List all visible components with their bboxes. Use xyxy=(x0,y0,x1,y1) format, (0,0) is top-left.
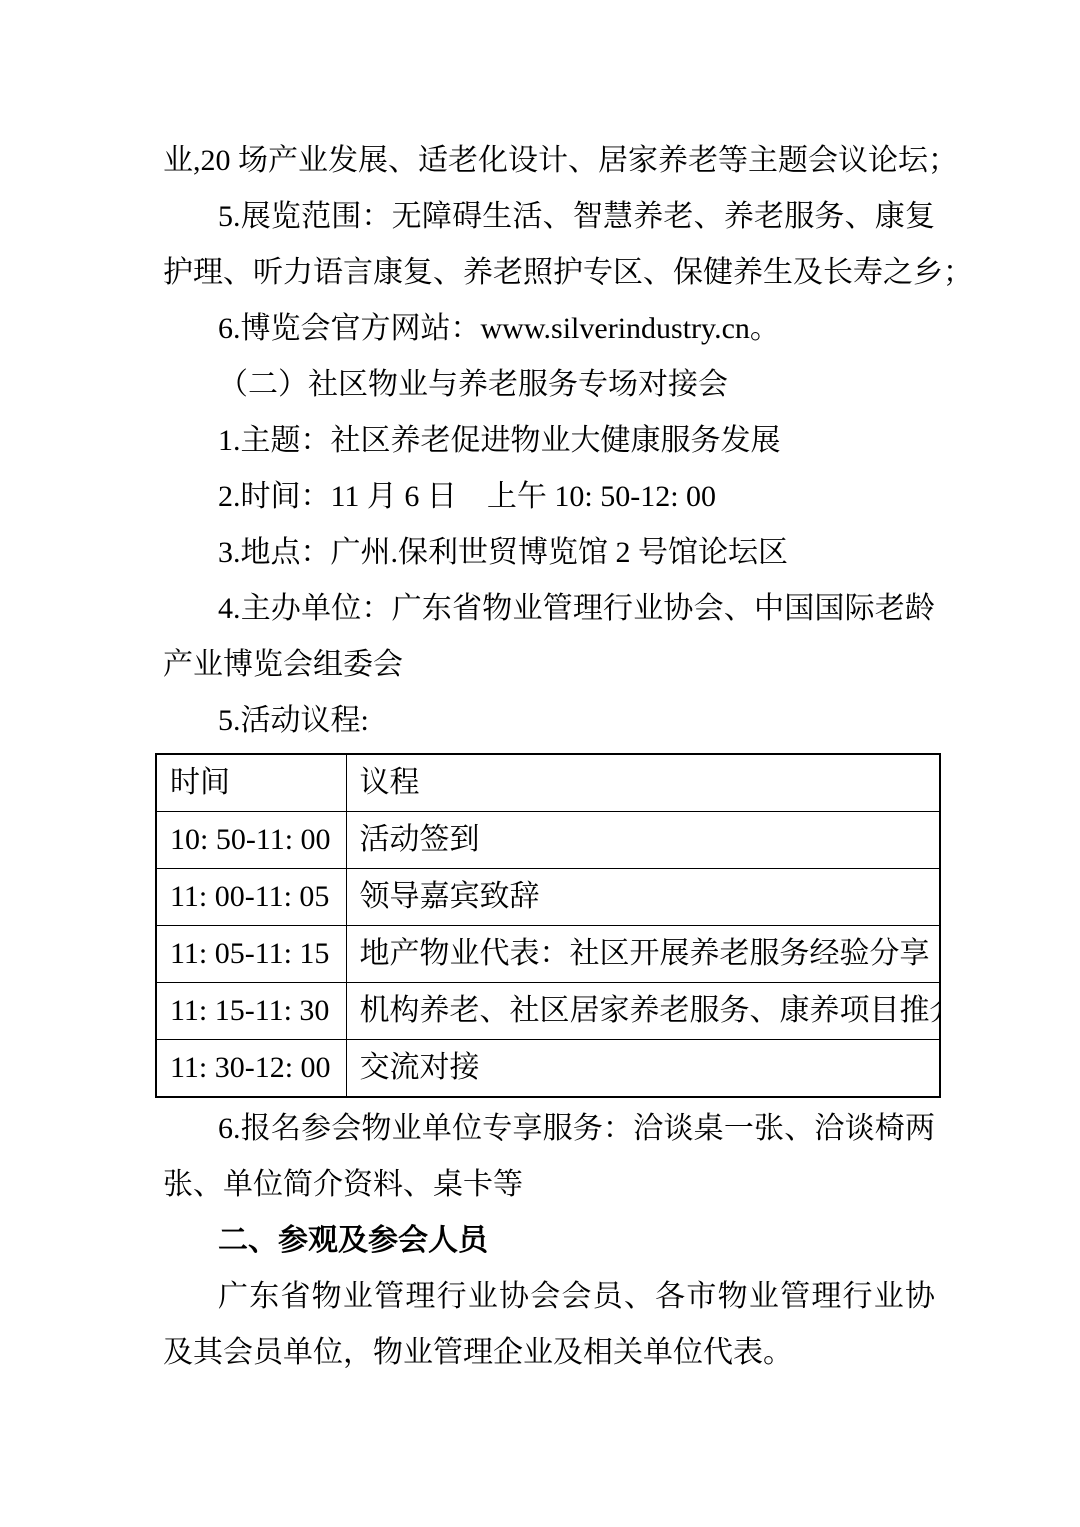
agenda-time-cell: 11: 15-11: 30 xyxy=(156,983,346,1040)
table-row: 11: 30-12: 00 交流对接 xyxy=(156,1040,940,1098)
line-exhibition-scope: 5.展览范围：无障碍生活、智慧养老、养老服务、康复 xyxy=(163,189,935,245)
agenda-item-cell: 地产物业代表：社区开展养老服务经验分享 xyxy=(346,926,940,983)
line-event-organizers-cont: 产业博览会组委会 xyxy=(163,637,935,693)
line-forums-continuation: 业,20 场产业发展、适老化设计、居家养老等主题会议论坛； xyxy=(163,133,935,189)
agenda-item-cell: 领导嘉宾致辞 xyxy=(346,869,940,926)
agenda-header-row: 时间 议程 xyxy=(156,754,940,812)
line-exclusive-services: 6.报名参会物业单位专享服务：洽谈桌一张、洽谈椅两 xyxy=(163,1101,935,1157)
line-exclusive-services-cont: 张、单位简介资料、桌卡等 xyxy=(163,1157,935,1213)
agenda-time-cell: 11: 05-11: 15 xyxy=(156,926,346,983)
line-participants-cont: 及其会员单位，物业管理企业及相关单位代表。 xyxy=(163,1325,935,1381)
heading-participants-section: 二、参观及参会人员 xyxy=(163,1213,935,1269)
line-official-website: 6.博览会官方网站：www.silverindustry.cn。 xyxy=(163,301,935,357)
agenda-time-cell: 11: 30-12: 00 xyxy=(156,1040,346,1098)
agenda-header-item: 议程 xyxy=(346,754,940,812)
agenda-item-cell: 交流对接 xyxy=(346,1040,940,1098)
agenda-time-cell: 10: 50-11: 00 xyxy=(156,812,346,869)
line-event-organizers: 4.主办单位：广东省物业管理行业协会、中国国际老龄 xyxy=(163,581,935,637)
agenda-time-cell: 11: 00-11: 05 xyxy=(156,869,346,926)
line-participants: 广东省物业管理行业协会会员、各市物业管理行业协会 xyxy=(163,1269,935,1325)
agenda-item-cell: 机构养老、社区居家养老服务、康养项目推介 xyxy=(346,983,940,1040)
agenda-header-time: 时间 xyxy=(156,754,346,812)
table-row: 11: 00-11: 05 领导嘉宾致辞 xyxy=(156,869,940,926)
agenda-item-cell: 活动签到 xyxy=(346,812,940,869)
line-exhibition-scope-cont: 护理、听力语言康复、养老照护专区、保健养生及长寿之乡； xyxy=(163,245,935,301)
heading-section-2-matchmaking-event: （二）社区物业与养老服务专场对接会 xyxy=(163,357,935,413)
table-row: 11: 15-11: 30 机构养老、社区居家养老服务、康养项目推介 xyxy=(156,983,940,1040)
line-event-theme: 1.主题：社区养老促进物业大健康服务发展 xyxy=(163,413,935,469)
table-row: 10: 50-11: 00 活动签到 xyxy=(156,812,940,869)
line-agenda-label: 5.活动议程: xyxy=(163,693,935,749)
document-page: 业,20 场产业发展、适老化设计、居家养老等主题会议论坛； 5.展览范围：无障碍… xyxy=(0,0,1080,1527)
line-event-time: 2.时间：11 月 6 日 上午 10: 50-12: 00 xyxy=(163,469,935,525)
table-row: 11: 05-11: 15 地产物业代表：社区开展养老服务经验分享 xyxy=(156,926,940,983)
agenda-table: 时间 议程 10: 50-11: 00 活动签到 11: 00-11: 05 领… xyxy=(155,753,941,1098)
line-event-location: 3.地点：广州.保利世贸博览馆 2 号馆论坛区 xyxy=(163,525,935,581)
